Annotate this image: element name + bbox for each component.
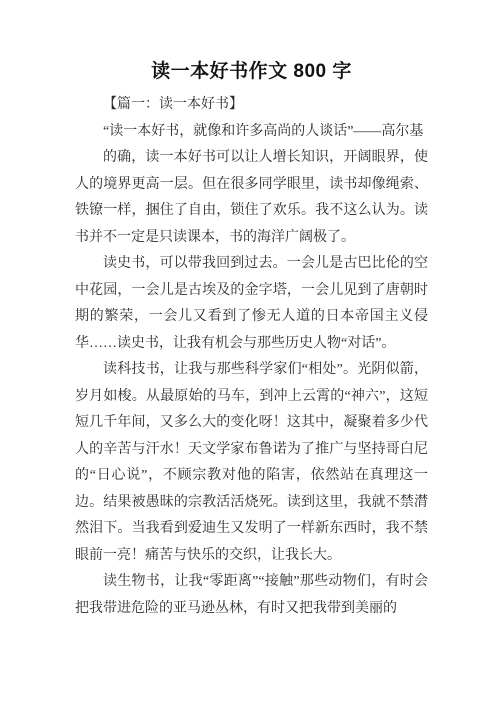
paragraph-quote: “读一本好书，就像和许多高尚的人谈话”——高尔基 xyxy=(75,119,428,146)
document-page: 读一本好书作文 800 字 【篇一：读一本好书】 “读一本好书，就像和许多高尚的… xyxy=(0,0,500,707)
paragraph: 读生物书，让我“零距离”“接触”那些动物们，有时会把我带进危险的亚马逊丛林，有时… xyxy=(75,569,428,622)
paragraph: 读史书，可以带我回到过去。一会儿是古巴比伦的空中花园，一会儿是古埃及的金字塔，一… xyxy=(75,251,428,357)
document-body: 【篇一：读一本好书】 “读一本好书，就像和许多高尚的人谈话”——高尔基 的确，读… xyxy=(75,92,428,622)
paragraph: 的确，读一本好书可以让人增长知识，开阔眼界，使人的境界更高一层。但在很多同学眼里… xyxy=(75,145,428,251)
paragraph: 读科技书，让我与那些科学家们“相处”。光阴似箭，岁月如梭。从最原始的马车，到冲上… xyxy=(75,357,428,569)
document-title: 读一本好书作文 800 字 xyxy=(75,59,428,85)
section-heading: 【篇一：读一本好书】 xyxy=(75,92,428,119)
